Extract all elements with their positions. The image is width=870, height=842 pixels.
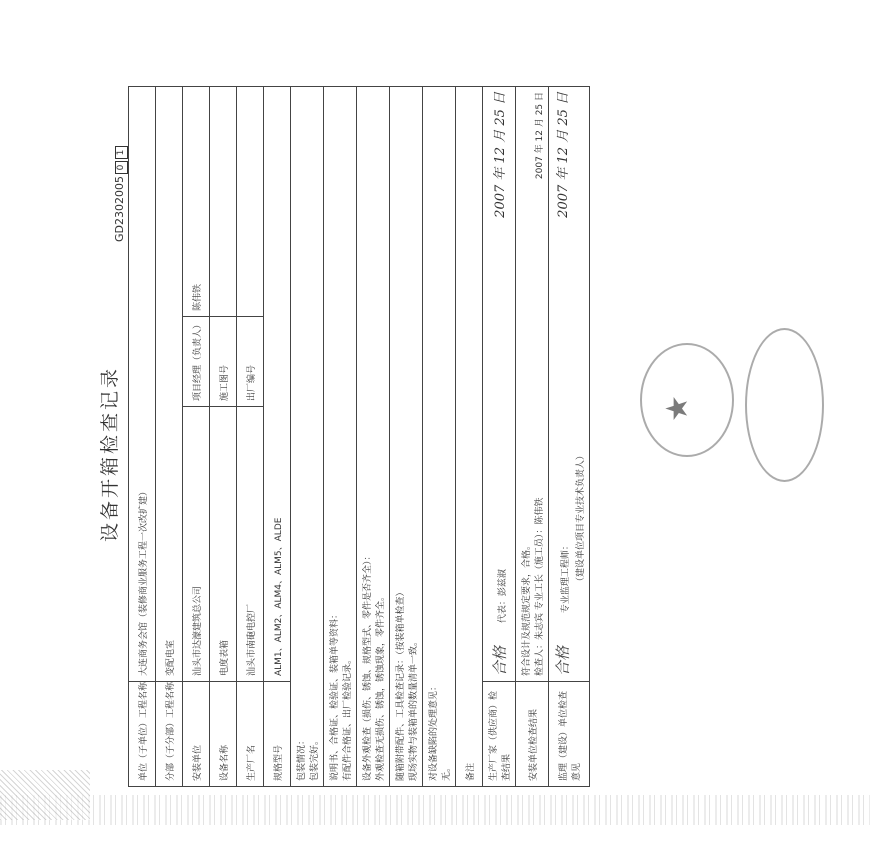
sub-project-label: 分部（子分部）工程名称 (156, 682, 183, 787)
unit-project-value: 大连商务会馆（装修商业服务工程一次改扩建） (129, 86, 156, 681)
pm-label: 项目经理（负责人） (183, 317, 210, 407)
equipment-label: 设备名称 (210, 682, 237, 787)
supervisor-result: 合格 专业监理工程师： 2007 年 12 月 25 日 （建设单位项目专业技术… (549, 86, 590, 681)
defect-value: 无。 (439, 92, 452, 781)
accessories-cell: 随箱附带配件、工具检查记录：（按装箱单检查） 现场实物与装箱单的数量清单一致。 (390, 86, 423, 786)
star-icon: ★ (660, 395, 695, 422)
serial-value (237, 86, 264, 316)
supervisor-result-label: 监理（建设）单位检查意见 (549, 682, 590, 787)
serial-label: 出厂编号 (237, 317, 264, 407)
drawing-value (210, 86, 237, 316)
docs-cell: 说明书、合格证、检验证、装箱单等资料： 有配件合格证、出厂检验记录。 (324, 86, 357, 786)
equipment-value: 电度表箱 (210, 407, 237, 682)
spec-value: ALM1、ALM2、ALM4、ALM5、ALDE (264, 86, 291, 681)
sub-project-value: 变配电室 (156, 86, 183, 681)
docs-label: 说明书、合格证、检验证、装箱单等资料： (327, 92, 340, 781)
installer-result: 符合设计及规范规定要求，合格。 检查人：朱志宾 专业工长（施工员）：陈伟铁200… (516, 86, 549, 681)
document-title: 设备开箱检查记录 (95, 366, 122, 542)
manufacturer-result: 合格 代表：彭兹淑 2007 年 12 月 25 日 (483, 86, 516, 681)
docs-value: 有配件合格证、出厂检验记录。 (340, 92, 353, 781)
manufacturer-result-label: 生产厂家（供应商）检查结果 (483, 682, 516, 787)
appearance-value: 外观检查无损伤、锈蚀，锈蚀现象，零件齐全。 (373, 92, 386, 781)
pm-value: 陈伟铁 (183, 86, 210, 316)
packing-label: 包装情况： (294, 92, 307, 781)
packing-value: 包装完好。 (307, 92, 320, 781)
appearance-cell: 设备外观检查（损伤、锈蚀、规格型式、零件是否齐全）： 外观检查无损伤、锈蚀，锈蚀… (357, 86, 390, 786)
remark-cell: 备注 (456, 86, 483, 786)
manufacturer-value: 汕头市南砲电控厂 (237, 407, 264, 682)
drawing-label: 施工图号 (210, 317, 237, 407)
accessories-value: 现场实物与装箱单的数量清单一致。 (406, 92, 419, 781)
unit-project-label: 单位（子单位）工程名称 (129, 682, 156, 787)
defect-label: 对设备缺陷的处理意见： (426, 92, 439, 781)
spec-label: 规格型号 (264, 682, 291, 787)
rotated-page: 设备开箱检查记录 GD230200501 单位（子单位）工程名称 大连商务会馆（… (0, 0, 870, 842)
packing-cell: 包装情况： 包装完好。 (291, 86, 324, 786)
supervision-seal (745, 328, 824, 482)
installer-result-label: 安装单位检查结果 (516, 682, 549, 787)
manufacturer-label: 生产厂名 (237, 682, 264, 787)
defect-cell: 对设备缺陷的处理意见： 无。 (423, 86, 456, 786)
install-unit-label: 安装单位 (183, 682, 210, 787)
appearance-label: 设备外观检查（损伤、锈蚀、规格型式、零件是否齐全）： (360, 92, 373, 781)
document-code: GD230200501 (113, 146, 128, 242)
inspection-form: 单位（子单位）工程名称 大连商务会馆（装修商业服务工程一次改扩建） 分部（子分部… (128, 86, 590, 787)
accessories-label: 随箱附带配件、工具检查记录：（按装箱单检查） (393, 92, 406, 781)
install-unit-value: 汕头市达濠建筑总公司 (183, 407, 210, 682)
